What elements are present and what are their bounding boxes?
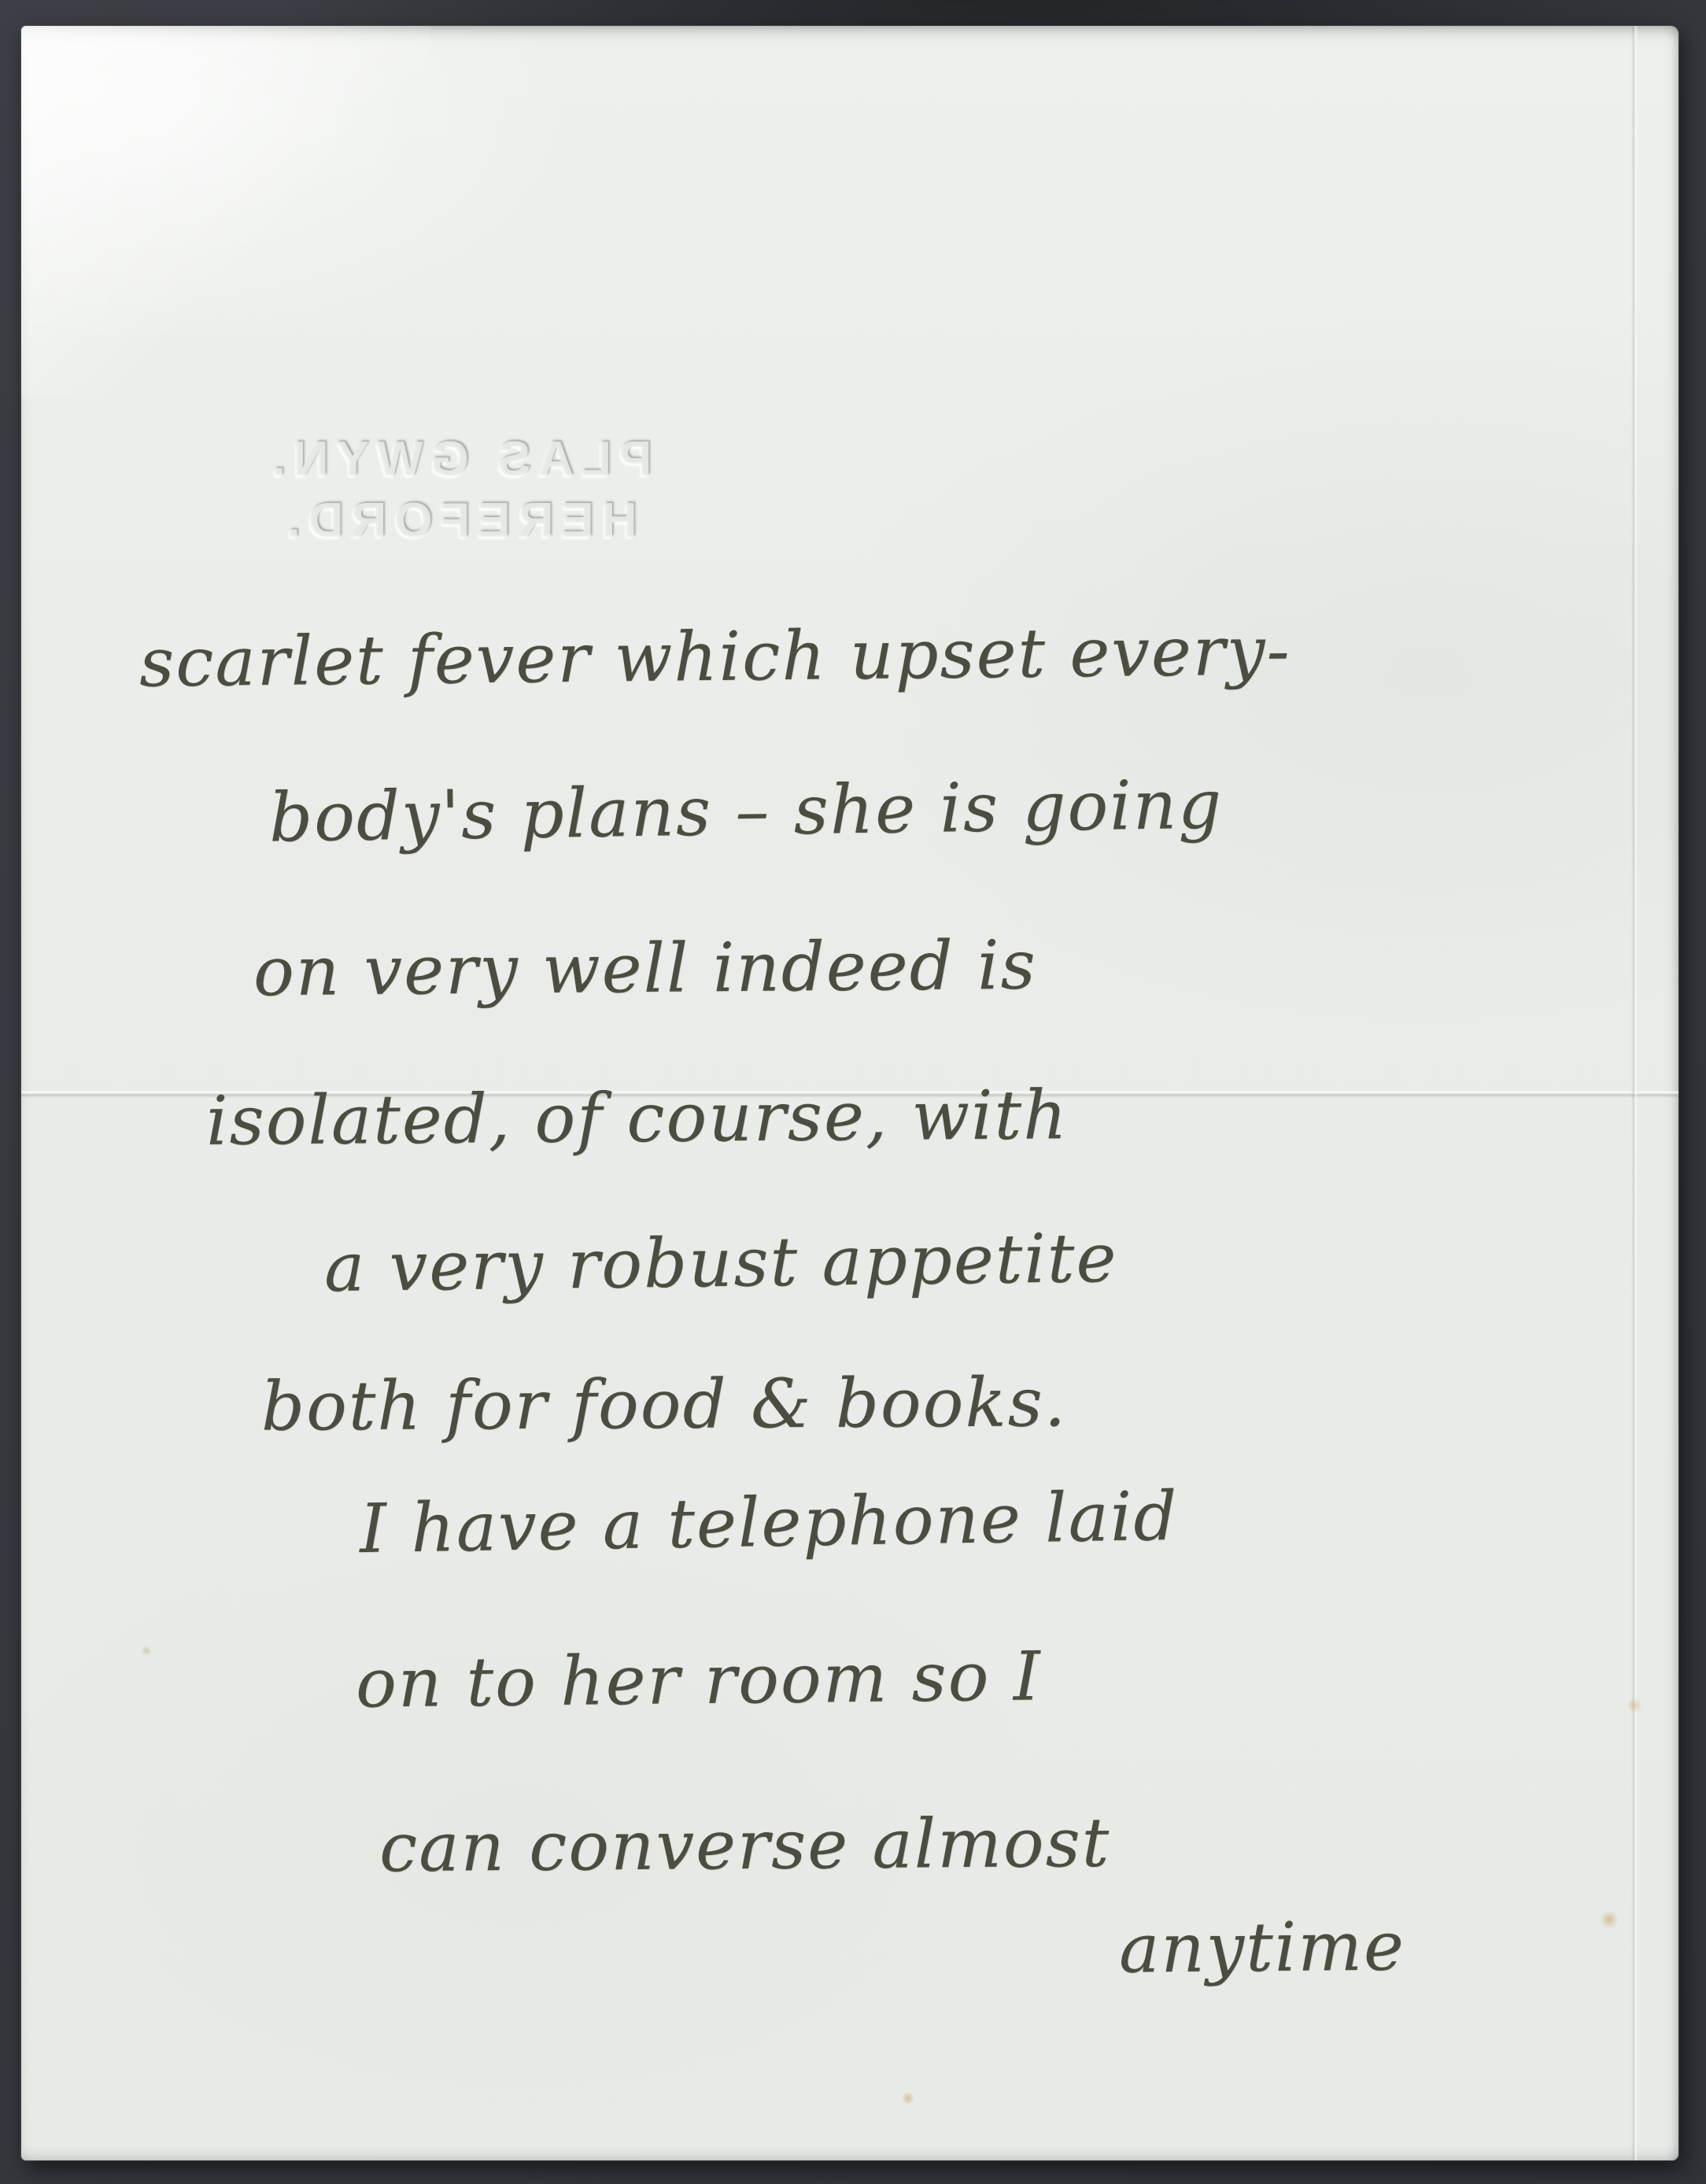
foxing-spot — [141, 1646, 152, 1656]
letter-page: PLAS GWYN. HEREFORD. scarlet fever which… — [21, 26, 1678, 2160]
handwritten-line: a very robust appetite — [323, 1219, 1117, 1307]
handwritten-line: on to her room so I — [356, 1637, 1043, 1723]
letterhead-line-2: HEREFORD. — [222, 490, 694, 552]
photo-background: PLAS GWYN. HEREFORD. scarlet fever which… — [0, 0, 1706, 2184]
foxing-spot — [901, 2092, 915, 2105]
handwritten-line: body's plans – she is going — [268, 766, 1223, 858]
handwritten-line: isolated, of course, with — [206, 1076, 1069, 1161]
vertical-edge-crease — [1631, 26, 1638, 2160]
embossed-letterhead: PLAS GWYN. HEREFORD. — [222, 429, 694, 551]
paper-corner-sheen — [21, 26, 430, 396]
handwritten-line: I have a telephone laid — [359, 1477, 1179, 1569]
handwritten-line: can converse almost — [379, 1804, 1111, 1887]
handwritten-line: both for food & books. — [261, 1363, 1068, 1446]
handwritten-line: scarlet fever which upset every- — [139, 612, 1291, 702]
foxing-spot — [1599, 1911, 1619, 1928]
handwritten-line: anytime — [1119, 1907, 1406, 1988]
handwritten-line: on very well indeed is — [253, 926, 1037, 1012]
letterhead-line-1: PLAS GWYN. — [222, 429, 694, 490]
